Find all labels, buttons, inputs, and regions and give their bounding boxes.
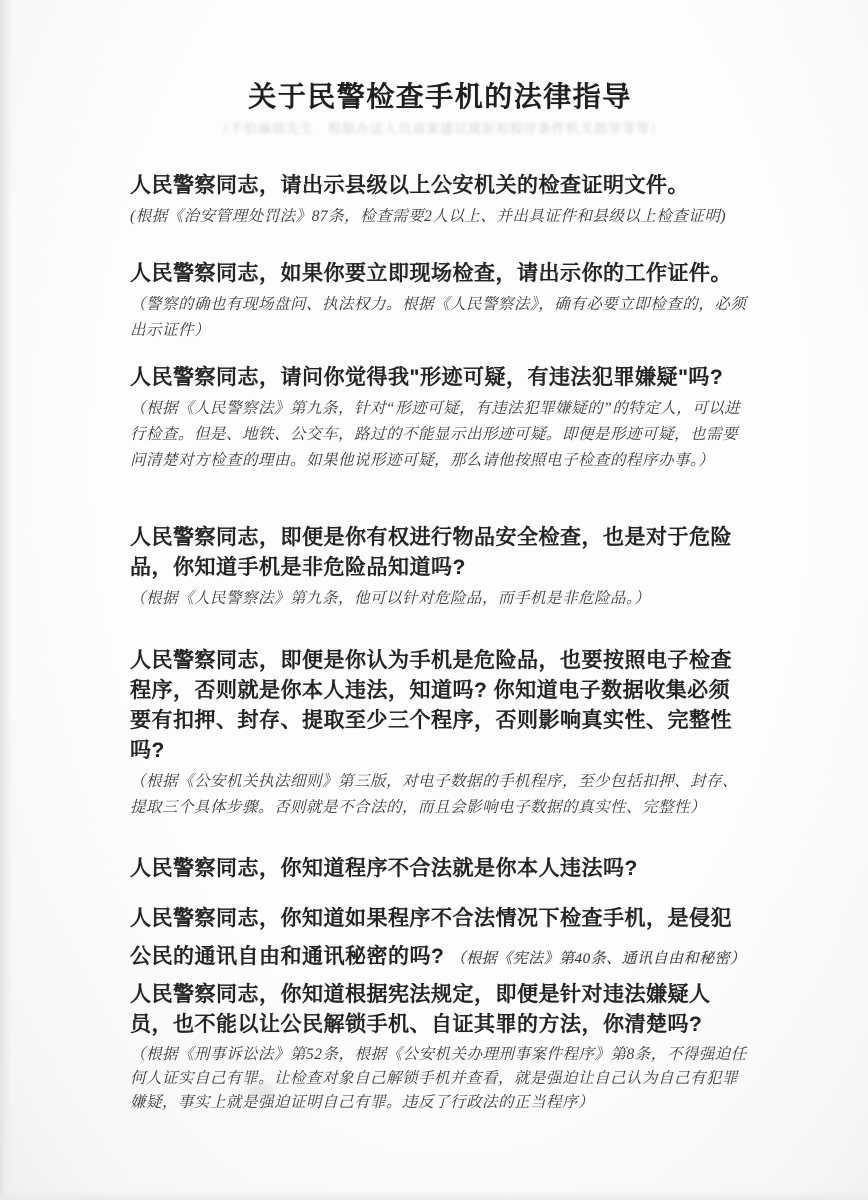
- photographed-document-page: 关于民警检查手机的法律指导 （不怕麻烦先生 根据办法人员请案建议规矩和程序条件机…: [0, 0, 868, 1200]
- section-citation-note: （根据《刑事诉讼法》第52条，根据《公安机关办理刑事案件程序》第8条，不得强迫任…: [130, 1043, 750, 1115]
- section-citation-note: （根据《公安机关执法细则》第三版，对电子数据的手机程序，至少包括扣押、封存、提取…: [130, 769, 750, 821]
- section-heading: 人民警察同志，即便是你有权进行物品安全检查，也是对于危险品，你知道手机是非危险品…: [130, 523, 750, 583]
- section-heading: 人民警察同志，你知道如果程序不合法情况下检查手机，是侵犯公民的通讯自由和通讯秘密…: [130, 900, 750, 978]
- document-title: 关于民警检查手机的法律指导: [130, 80, 750, 114]
- section-show-county-certificate: 人民警察同志，请出示县级以上公安机关的检查证明文件。 (根据《治安管理处罚法》8…: [130, 171, 750, 230]
- section-suspicious-behavior: 人民警察同志，请问你觉得我"形迹可疑，有违法犯罪嫌疑"吗? （根据《人民警察法》…: [130, 363, 750, 474]
- section-communication-freedom: 人民警察同志，你知道如果程序不合法情况下检查手机，是侵犯公民的通讯自由和通讯秘密…: [130, 900, 750, 978]
- photo-smudge-artifact: [248, 1082, 274, 1100]
- section-citation-note: （根据《人民警察法》第九条，他可以针对危险品，而手机是非危险品。）: [130, 586, 750, 612]
- page-edge-shadow-bottom: [0, 1190, 868, 1200]
- section-heading: 人民警察同志，请出示县级以上公安机关的检查证明文件。: [130, 171, 750, 201]
- section-citation-note: （警察的确也有现场盘问、执法权力。根据《人民警察法》，确有必要立即检查的，必须出…: [130, 292, 750, 344]
- page-edge-shadow-left: [0, 0, 12, 1200]
- section-citation-note-inline: （根据《宪法》第40条、通讯自由和秘密）: [451, 951, 746, 967]
- subtitle-illegible-faint: （不怕麻烦先生 根据办法人员请案建议规矩和程序条件机关指导等等）: [130, 121, 750, 137]
- section-citation-note: (根据《治安管理处罚法》87条，检查需要2人以上、并出具证件和县级以上检查证明): [130, 204, 750, 230]
- section-citation-note: （根据《人民警察法》第九条，针对“形迹可疑，有违法犯罪嫌疑的”的特定人，可以进行…: [130, 396, 750, 474]
- section-heading: 人民警察同志，如果你要立即现场检查，请出示你的工作证件。: [130, 259, 750, 289]
- section-heading: 人民警察同志，即便是你认为手机是危险品，也要按照电子检查程序，否则就是你本人违法…: [130, 646, 750, 766]
- section-heading: 人民警察同志，请问你觉得我"形迹可疑，有违法犯罪嫌疑"吗?: [130, 363, 750, 393]
- section-heading: 人民警察同志，你知道根据宪法规定，即便是针对违法嫌疑人员，也不能以让公民解锁手机…: [130, 980, 750, 1040]
- section-show-work-id: 人民警察同志，如果你要立即现场检查，请出示你的工作证件。 （警察的确也有现场盘问…: [130, 259, 750, 344]
- section-illegal-procedure: 人民警察同志，你知道程序不合法就是你本人违法吗?: [130, 854, 750, 884]
- section-phone-not-dangerous-item: 人民警察同志，即便是你有权进行物品安全检查，也是对于危险品，你知道手机是非危险品…: [130, 523, 750, 612]
- section-self-incrimination: 人民警察同志，你知道根据宪法规定，即便是针对违法嫌疑人员，也不能以让公民解锁手机…: [130, 980, 750, 1115]
- section-heading: 人民警察同志，你知道程序不合法就是你本人违法吗?: [130, 854, 750, 884]
- section-electronic-inspection-procedure: 人民警察同志，即便是你认为手机是危险品，也要按照电子检查程序，否则就是你本人违法…: [130, 646, 750, 821]
